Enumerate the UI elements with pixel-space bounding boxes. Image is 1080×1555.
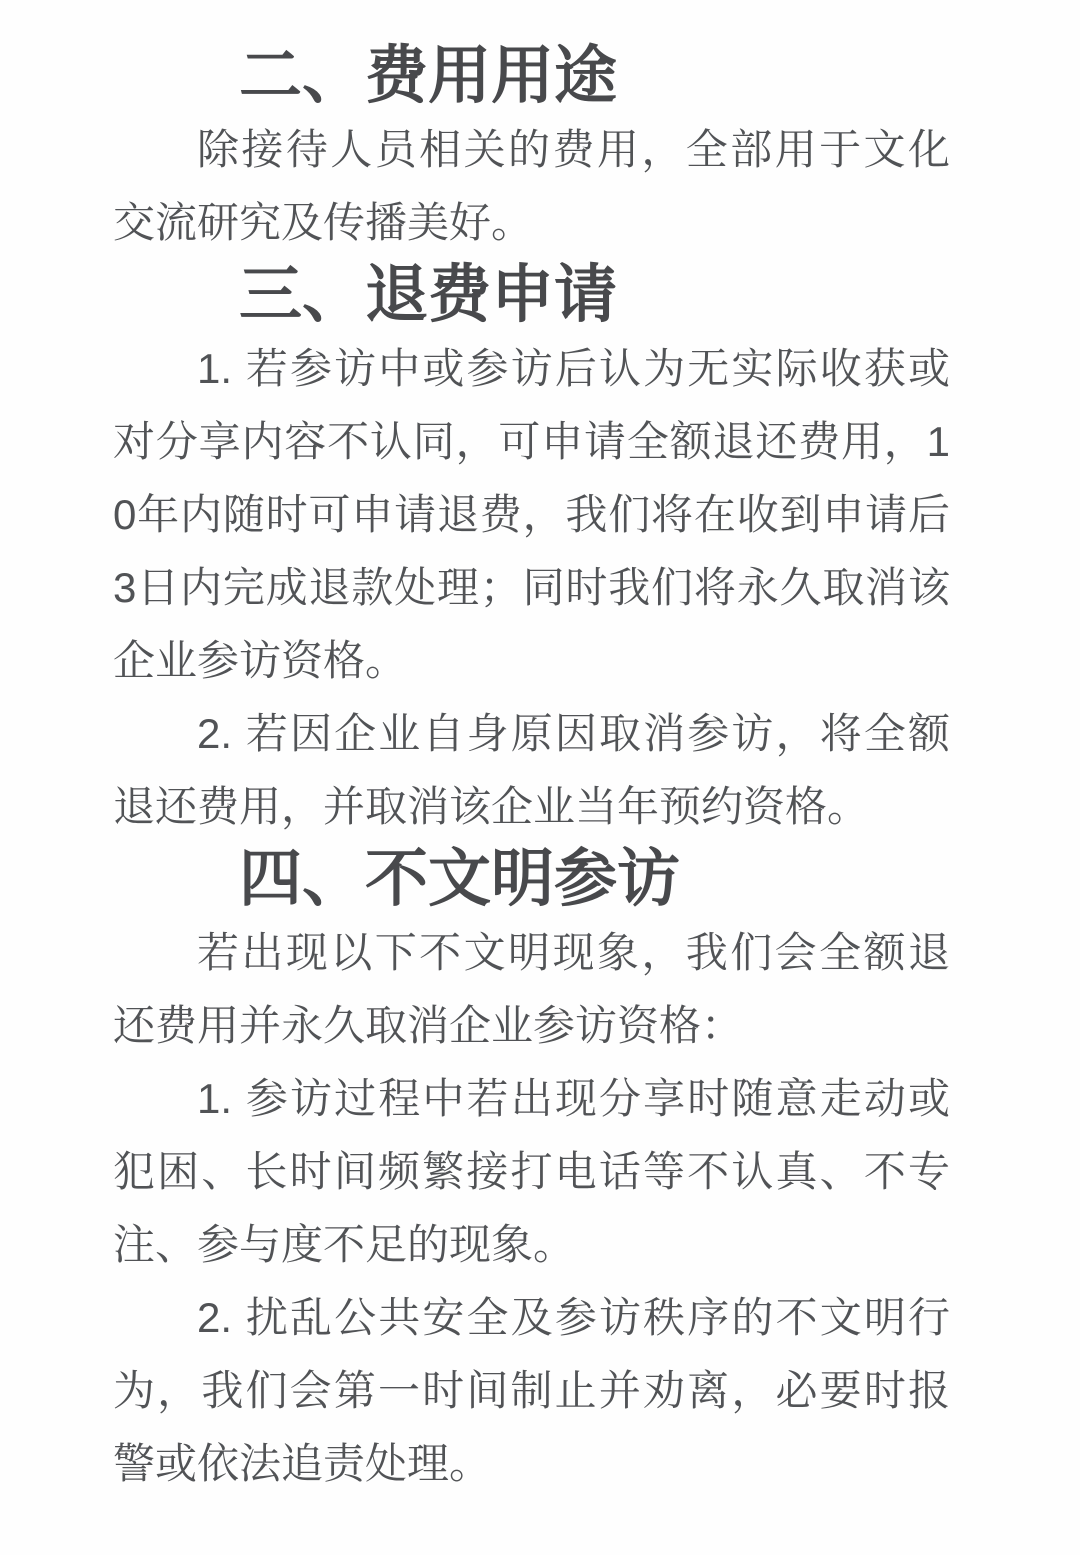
- paragraph-fee-usage: 除接待人员相关的费用，全部用于文化交流研究及传播美好。: [113, 113, 950, 259]
- paragraph-uncivilized-item-2: 2. 扰乱公共安全及参访秩序的不文明行为，我们会第一时间制止并劝离，必要时报警或…: [113, 1281, 950, 1500]
- paragraph-refund-item-2: 2. 若因企业自身原因取消参访，将全额退还费用，并取消该企业当年预约资格。: [113, 697, 950, 843]
- article-body: 二、费用用途 除接待人员相关的费用，全部用于文化交流研究及传播美好。 三、退费申…: [0, 0, 1080, 1500]
- paragraph-refund-item-1: 1. 若参访中或参访后认为无实际收获或对分享内容不认同，可申请全额退还费用，10…: [113, 332, 950, 697]
- article-page: 二、费用用途 除接待人员相关的费用，全部用于文化交流研究及传播美好。 三、退费申…: [0, 0, 1080, 1555]
- paragraph-uncivilized-item-1: 1. 参访过程中若出现分享时随意走动或犯困、长时间频繁接打电话等不认真、不专注、…: [113, 1062, 950, 1281]
- section-heading-uncivilized-visit: 四、不文明参访: [113, 843, 950, 916]
- section-heading-fee-usage: 二、费用用途: [113, 40, 950, 113]
- section-heading-refund-application: 三、退费申请: [113, 259, 950, 332]
- paragraph-uncivilized-intro: 若出现以下不文明现象，我们会全额退还费用并永久取消企业参访资格：: [113, 916, 950, 1062]
